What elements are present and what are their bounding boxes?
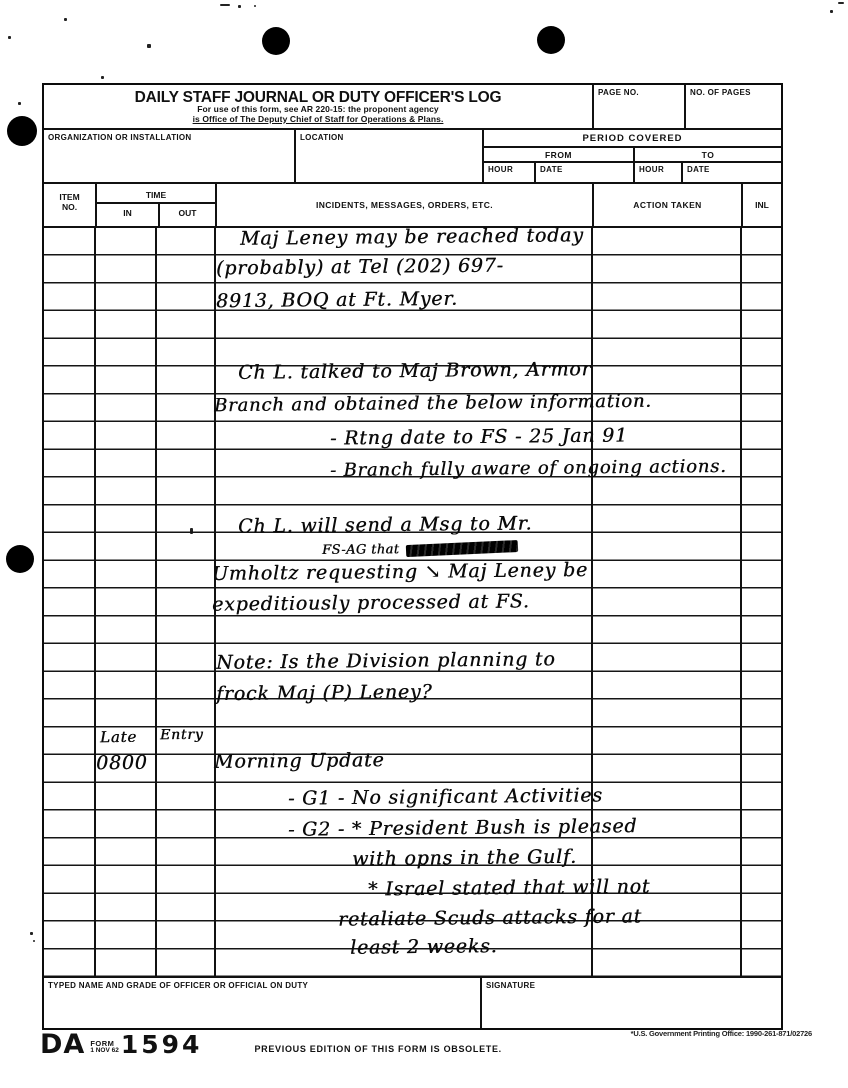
signature-label: SIGNATURE	[482, 978, 781, 990]
time-in-entry: Late	[100, 728, 137, 746]
punch-hole-top-right	[537, 26, 565, 54]
journal-line: retaliate Scuds attacks for at	[338, 905, 642, 930]
form-subtitle-2: is Office of The Deputy Chief of Staff f…	[44, 115, 592, 125]
form-word: FORM	[90, 1040, 119, 1047]
grid-vline-incidents-action	[591, 228, 593, 976]
journal-line: - Branch fully aware of ongoing actions.	[330, 456, 727, 481]
from-date-field: DATE	[534, 163, 633, 182]
from-hour-field: HOUR	[484, 163, 534, 182]
location-label: LOCATION	[296, 130, 482, 142]
da-prefix: DA	[40, 1032, 85, 1058]
org-location-period-row: ORGANIZATION OR INSTALLATION LOCATION PE…	[44, 130, 781, 184]
speck	[147, 44, 151, 48]
page-no-field: PAGE NO.	[592, 85, 684, 128]
punch-hole-top-left	[262, 27, 290, 55]
to-hour-field: HOUR	[633, 163, 681, 182]
period-covered-block: PERIOD COVERED FROM TO HOUR DATE HOUR DA…	[482, 130, 781, 182]
punch-hole-left-upper	[7, 116, 37, 146]
time-column-header: TIME IN OUT	[95, 184, 215, 226]
grid-vline-in-out	[155, 228, 157, 976]
speck	[18, 102, 21, 105]
speck	[238, 5, 241, 8]
speck	[220, 4, 230, 6]
form-title-block: DAILY STAFF JOURNAL OR DUTY OFFICER'S LO…	[44, 85, 592, 128]
grid-vline-action-inl	[740, 228, 742, 976]
no-of-pages-field: NO. OF PAGES	[684, 85, 781, 128]
speck	[838, 2, 844, 4]
signature-row: TYPED NAME AND GRADE OF OFFICER OR OFFIC…	[44, 976, 781, 1028]
speck	[830, 10, 833, 13]
time-in-label: IN	[97, 204, 158, 226]
journal-line: - G2 - * President Bush is pleased	[288, 815, 637, 841]
form-edition-date: 1 NOV 62	[90, 1047, 119, 1054]
typed-name-label: TYPED NAME AND GRADE OF OFFICER OR OFFIC…	[44, 978, 480, 990]
journal-insertion-line: FS-AG that	[322, 540, 518, 558]
insertion-text: FS-AG that	[322, 542, 404, 558]
speck	[30, 932, 33, 935]
grid-vline-item	[94, 228, 96, 976]
form-header-row: DAILY STAFF JOURNAL OR DUTY OFFICER'S LO…	[44, 85, 781, 130]
form-id-line: DA FORM 1 NOV 62 1594 PREVIOUS EDITION O…	[40, 1032, 502, 1058]
speck	[33, 940, 35, 942]
scanned-duty-log-page: DAILY STAFF JOURNAL OR DUTY OFFICER'S LO…	[0, 0, 848, 1088]
journal-line: Morning Update	[214, 749, 385, 773]
journal-line: with opns in the Gulf.	[352, 846, 577, 870]
time-out-entry: Entry	[160, 727, 204, 743]
journal-line: * Israel stated that will not	[368, 876, 650, 901]
item-label-line2: NO.	[44, 202, 95, 212]
to-date-field: DATE	[681, 163, 781, 182]
time-out-label: OUT	[158, 204, 215, 226]
journal-line: Note: Is the Division planning to	[216, 648, 556, 674]
hour-date-row: HOUR DATE HOUR DATE	[484, 161, 781, 182]
journal-line: - Rtng date to FS - 25 Jan 91	[330, 424, 628, 449]
item-no-column-header: ITEM NO.	[44, 184, 95, 226]
to-label: TO	[633, 148, 781, 161]
form-number: 1594	[121, 1032, 203, 1058]
signature-field: SIGNATURE	[480, 978, 781, 1028]
organization-label: ORGANIZATION OR INSTALLATION	[44, 130, 294, 142]
journal-line: Umholtz requesting ↘ Maj Leney be	[212, 559, 588, 585]
action-taken-column-header: ACTION TAKEN	[592, 184, 741, 226]
in-out-subheader: IN OUT	[97, 204, 215, 226]
scribbled-out-text	[406, 540, 518, 557]
from-to-row: FROM TO	[484, 146, 781, 161]
from-label: FROM	[484, 148, 633, 161]
journal-line: expeditiously processed at FS.	[212, 590, 530, 615]
page-no-label: PAGE NO.	[594, 85, 684, 97]
form-edition-block: FORM 1 NOV 62	[90, 1040, 119, 1054]
journal-line: 8913, BOQ at Ft. Myer.	[216, 288, 458, 313]
table-column-header-row: ITEM NO. TIME IN OUT INCIDENTS, MESSAGES…	[44, 184, 781, 228]
speck	[8, 36, 11, 39]
initials-column-header: INL	[741, 184, 781, 226]
punch-hole-left-lower	[6, 545, 34, 573]
journal-line: (probably) at Tel (202) 697-	[216, 254, 504, 279]
time-0800-entry: 0800	[96, 752, 148, 775]
gpo-printing-note: *U.S. Government Printing Office: 1990-2…	[631, 1029, 812, 1038]
incidents-column-header: INCIDENTS, MESSAGES, ORDERS, ETC.	[215, 184, 592, 226]
journal-line: Ch L. talked to Maj Brown, Armor	[238, 358, 592, 384]
journal-line: frock Maj (P) Leney?	[216, 681, 433, 705]
speck	[64, 18, 67, 21]
form-title: DAILY STAFF JOURNAL OR DUTY OFFICER'S LO…	[44, 90, 592, 105]
journal-line: - G1 - No significant Activities	[288, 784, 603, 809]
location-field: LOCATION	[294, 130, 482, 182]
organization-field: ORGANIZATION OR INSTALLATION	[44, 130, 294, 182]
typed-name-field: TYPED NAME AND GRADE OF OFFICER OR OFFIC…	[44, 978, 480, 1028]
period-covered-label: PERIOD COVERED	[484, 130, 781, 146]
obsolete-note: PREVIOUS EDITION OF THIS FORM IS OBSOLET…	[254, 1044, 501, 1054]
time-label: TIME	[97, 184, 215, 204]
speck	[101, 76, 104, 79]
journal-line: Maj Leney may be reached today	[240, 224, 584, 250]
item-label-line1: ITEM	[44, 192, 95, 202]
journal-line: least 2 weeks.	[350, 935, 498, 959]
journal-line: Ch L. will send a Msg to Mr.	[238, 512, 532, 537]
speck	[254, 5, 256, 7]
no-of-pages-label: NO. OF PAGES	[686, 85, 781, 97]
